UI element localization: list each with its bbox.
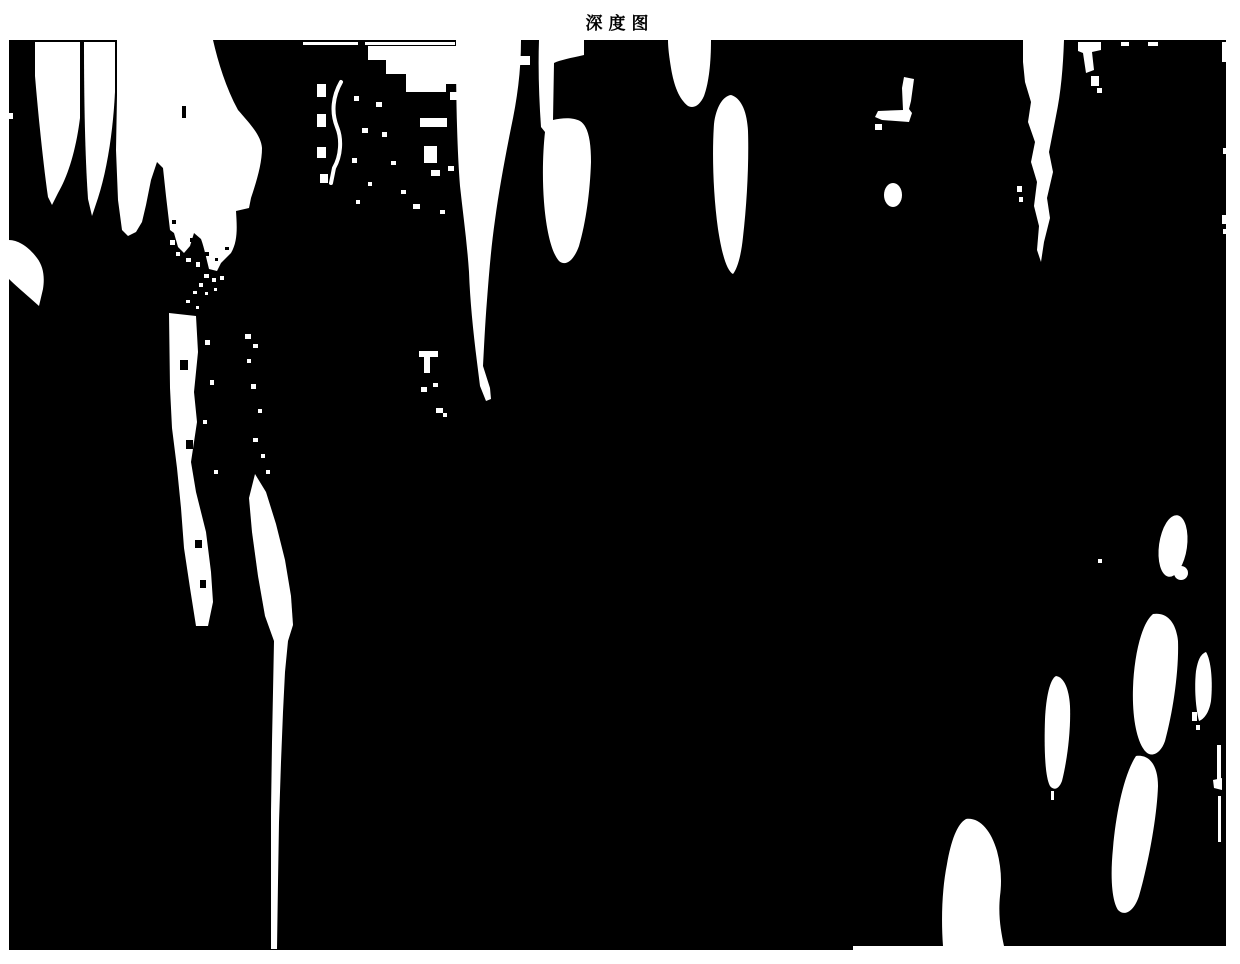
speck xyxy=(365,42,455,45)
figure-page: 深度图 xyxy=(0,0,1240,964)
hole xyxy=(172,220,176,224)
speck xyxy=(420,118,447,127)
speck xyxy=(170,240,175,245)
speck xyxy=(1097,88,1102,93)
speck xyxy=(266,470,270,474)
speck xyxy=(401,190,406,194)
speck xyxy=(1091,76,1099,86)
speck xyxy=(412,60,442,74)
hole xyxy=(200,580,206,588)
speck xyxy=(440,210,445,214)
speck xyxy=(261,454,265,458)
speck xyxy=(210,380,214,385)
speck xyxy=(320,174,328,183)
speck xyxy=(382,132,387,137)
speck xyxy=(251,384,256,389)
depth-map-image xyxy=(0,0,1240,964)
speck xyxy=(1051,791,1054,800)
speck xyxy=(205,292,208,295)
speck xyxy=(424,146,437,163)
speck xyxy=(433,383,438,387)
egg-blob xyxy=(884,183,902,207)
speck xyxy=(176,252,180,256)
speck xyxy=(368,182,372,186)
speck xyxy=(247,359,251,363)
speck xyxy=(203,420,207,424)
speck xyxy=(875,124,882,130)
speck xyxy=(317,114,326,127)
speck xyxy=(214,470,218,474)
speck xyxy=(1017,186,1022,192)
speck xyxy=(196,262,200,267)
speck xyxy=(205,340,210,345)
speck xyxy=(220,276,224,280)
speck xyxy=(352,158,357,163)
speck xyxy=(186,300,190,303)
speck xyxy=(317,84,326,97)
edge-sliver xyxy=(1222,42,1226,62)
speck xyxy=(199,283,203,287)
speck xyxy=(204,274,209,278)
speck xyxy=(448,166,454,171)
speck xyxy=(1192,712,1197,721)
hole xyxy=(225,247,229,250)
hole xyxy=(180,360,188,370)
hole xyxy=(163,204,166,208)
speck xyxy=(253,344,258,348)
speck xyxy=(443,413,447,417)
hole xyxy=(205,252,209,256)
speck xyxy=(1121,42,1129,46)
edge-sliver xyxy=(1223,229,1226,234)
oval-nub xyxy=(1174,566,1188,580)
speck xyxy=(245,334,251,339)
speck xyxy=(214,288,217,291)
edge-sliver xyxy=(1223,148,1226,154)
speck xyxy=(450,92,472,100)
speck xyxy=(253,438,258,442)
speck xyxy=(356,200,360,204)
speck xyxy=(196,306,199,309)
edge-streak xyxy=(1218,796,1221,842)
speck xyxy=(462,42,490,45)
speck xyxy=(193,291,197,294)
speck xyxy=(186,258,191,262)
speck xyxy=(436,408,443,413)
speck xyxy=(9,113,13,119)
speck xyxy=(317,147,326,158)
speck xyxy=(431,170,440,176)
speck xyxy=(354,96,359,101)
edge-sliver xyxy=(1222,215,1226,224)
speck xyxy=(500,52,516,60)
speck xyxy=(492,76,514,86)
speck xyxy=(303,42,358,45)
speck xyxy=(362,128,368,133)
speck xyxy=(1019,197,1023,202)
speck xyxy=(391,161,396,165)
hole xyxy=(215,258,218,261)
edge-streak xyxy=(1217,745,1221,783)
hole xyxy=(182,106,186,118)
hole xyxy=(195,540,202,548)
speck xyxy=(1196,725,1200,730)
t-mark xyxy=(424,351,430,373)
speck xyxy=(518,56,530,65)
speck xyxy=(376,102,382,107)
speck xyxy=(413,204,420,209)
hole xyxy=(186,440,193,449)
hole xyxy=(190,238,194,242)
speck xyxy=(421,387,427,392)
canvas-bottom-step xyxy=(9,946,853,950)
speck xyxy=(212,278,216,282)
speck xyxy=(1098,559,1102,563)
speck xyxy=(258,409,262,413)
speck xyxy=(1148,42,1158,46)
